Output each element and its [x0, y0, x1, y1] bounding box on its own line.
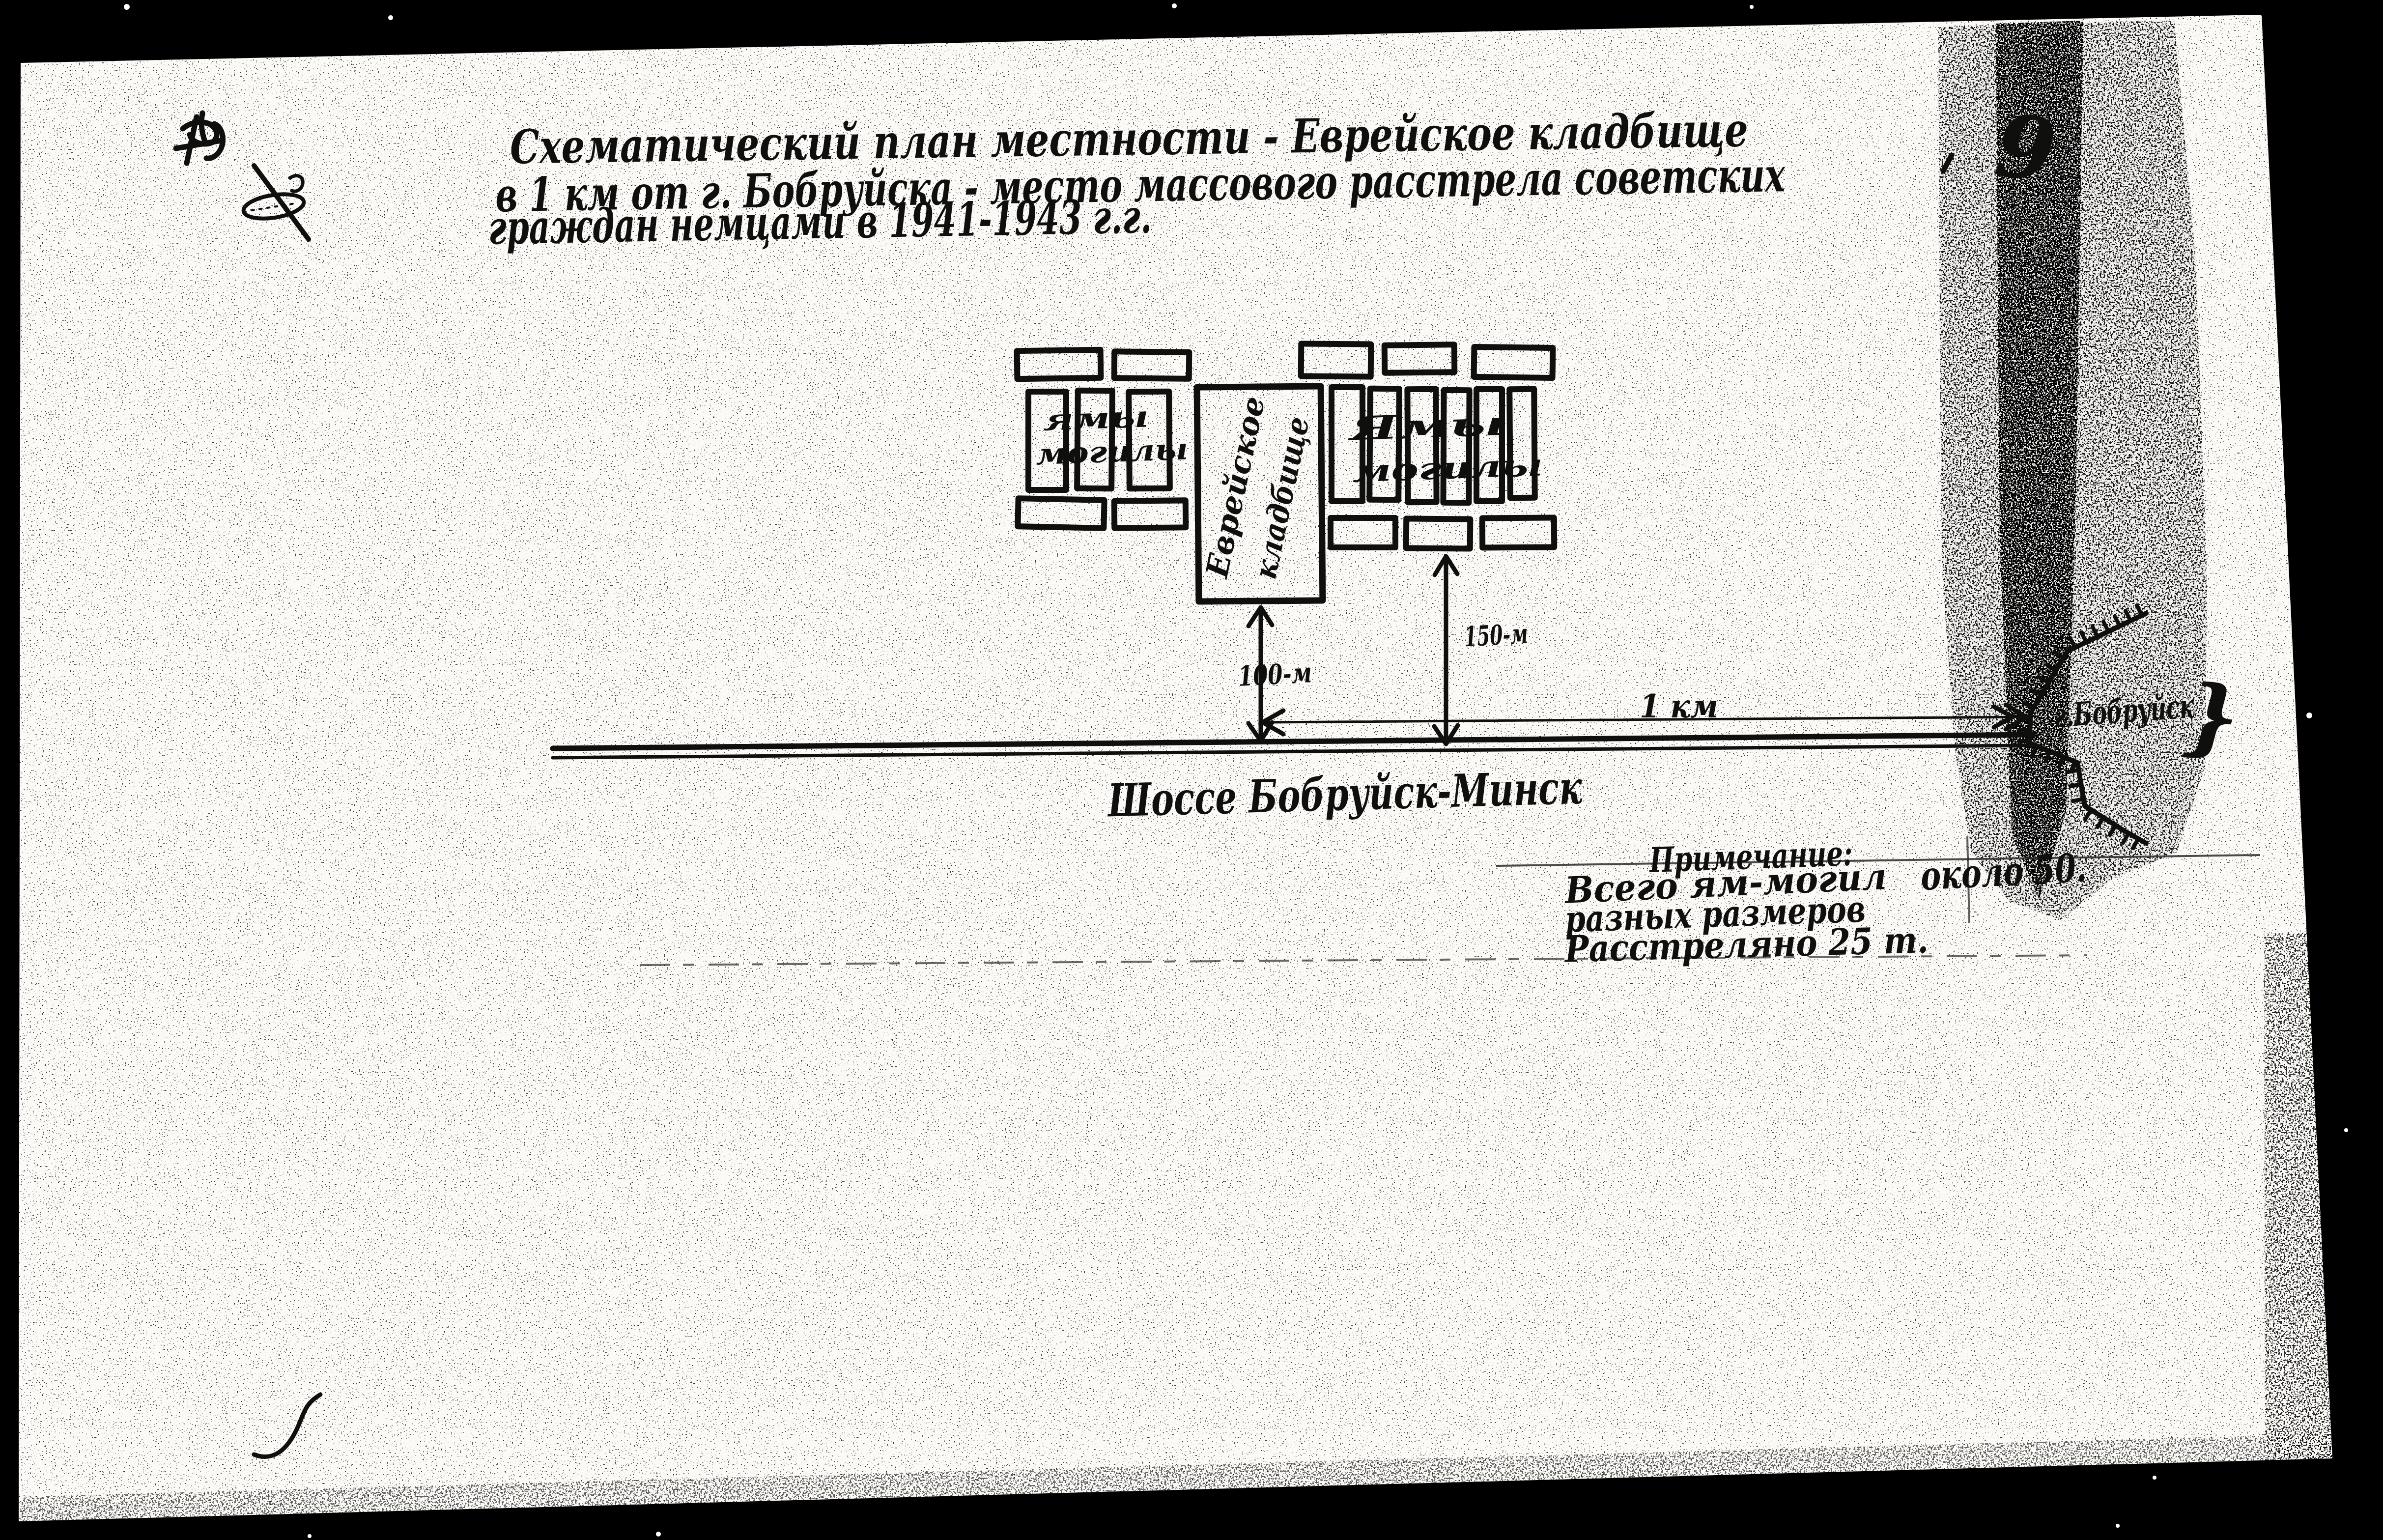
- left-graves-label-2: могилы: [1035, 432, 1189, 472]
- label-1km: 1 км: [1640, 687, 1718, 725]
- left-graves-label-1: ямы: [1043, 399, 1149, 437]
- city-brace: }: [2182, 666, 2242, 768]
- label-100m: 100-м: [1237, 656, 1312, 693]
- scanned-document: 9 Схематический план местности - Еврейск…: [0, 0, 2383, 1540]
- note-line-1b: около 50.: [1919, 844, 2087, 899]
- right-graves-label-2: могилы: [1352, 447, 1543, 489]
- label-150m: 150-м: [1463, 618, 1529, 654]
- right-graves-label-1: Ямы: [1346, 404, 1505, 448]
- page-number: 9: [1991, 95, 2061, 202]
- title-line-3: граждан немцами в 1941-1943 г.г.: [488, 189, 1152, 256]
